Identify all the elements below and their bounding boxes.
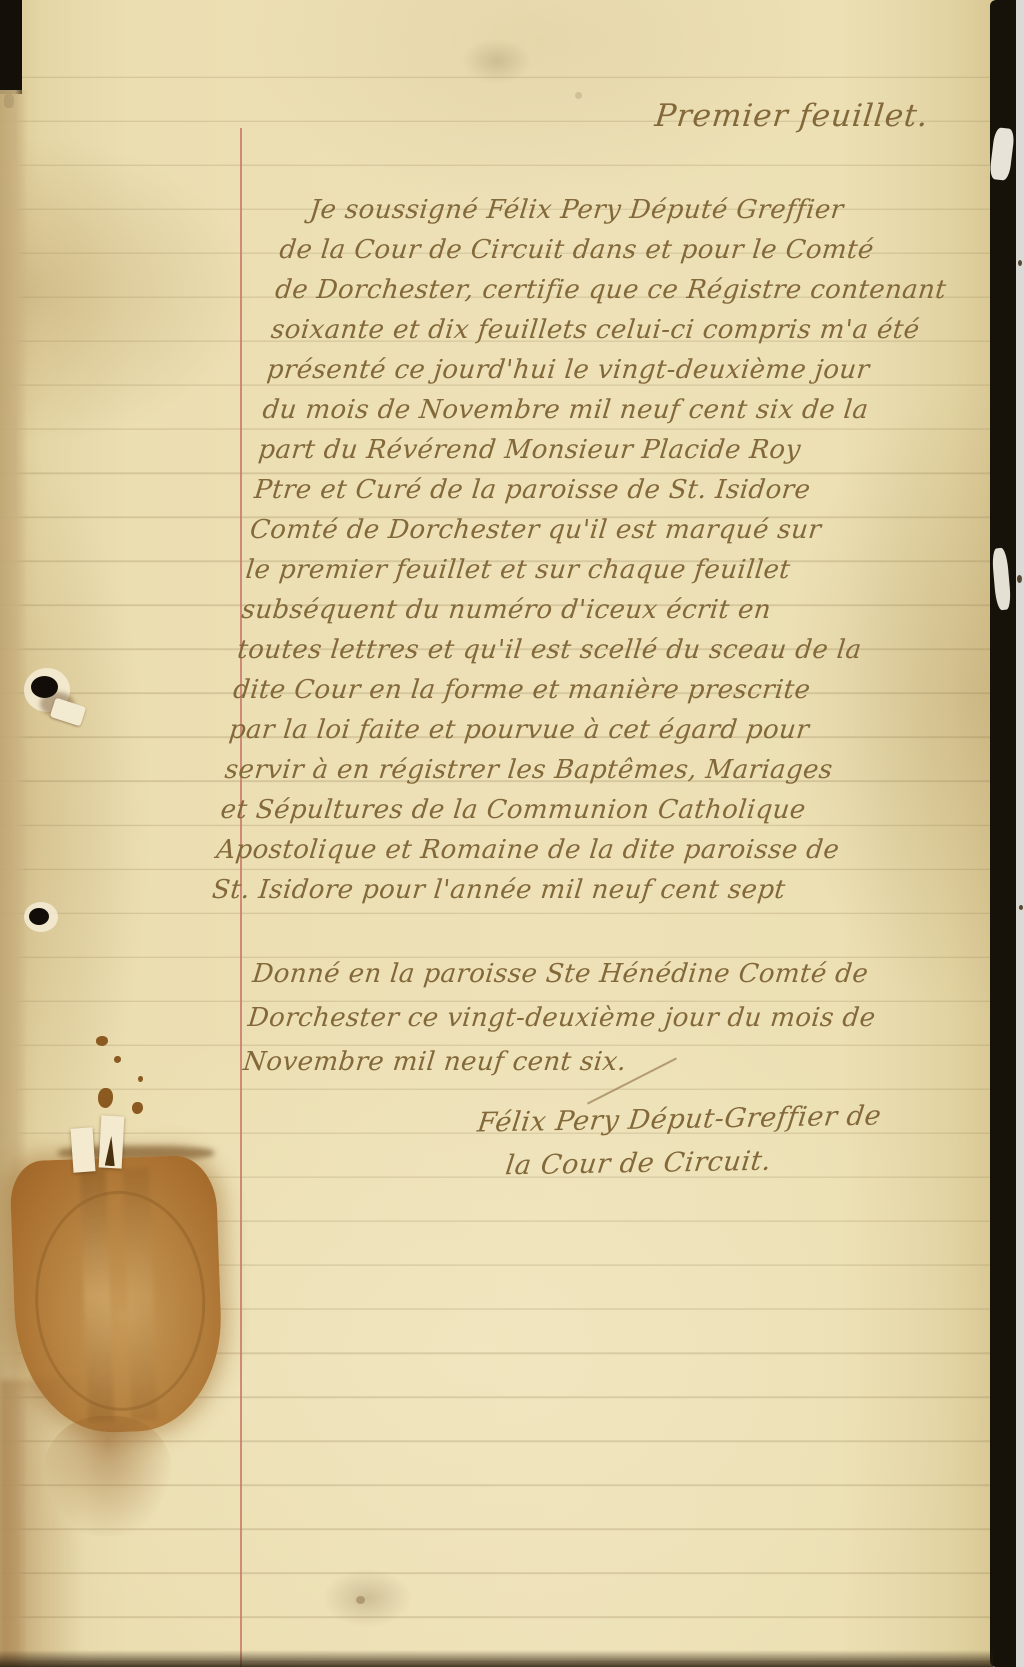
bottom-shadow-edge	[0, 1650, 993, 1667]
closing-line: Dorchester ce vingt-deuxième jour du moi…	[246, 996, 878, 1040]
paper-tab-ink-mark	[105, 1136, 117, 1166]
body-line: de la Cour de Circuit dans et pour le Co…	[277, 230, 952, 270]
body-line: par la loi faite et pourvue à cet égard …	[227, 710, 902, 750]
body-line: et Sépultures de la Communion Catholique	[219, 790, 894, 830]
body-line: soixante et dix feuillets celui-ci compr…	[269, 310, 944, 350]
scan-speck	[1019, 905, 1023, 910]
body-line: Ptre et Curé de la paroisse de St. Isido…	[252, 470, 927, 510]
paper-tab	[70, 1127, 95, 1172]
hole-punch-bottom	[29, 908, 49, 925]
body-line: le premier feuillet et sur chaque feuill…	[244, 550, 919, 590]
body-line: Apostolique et Romaine de la dite parois…	[214, 830, 889, 870]
faint-spot	[356, 1596, 365, 1604]
scan-speck	[1018, 260, 1022, 266]
body-line: du mois de Novembre mil neuf cent six de…	[261, 390, 936, 430]
closing-line: Donné en la paroisse Ste Hénédine Comté …	[250, 952, 882, 996]
closing-line: Novembre mil neuf cent six.	[241, 1040, 873, 1084]
hole-punch-top	[31, 676, 58, 698]
faint-smudge-top	[462, 38, 532, 84]
body-line: présenté ce jourd'hui le vingt-deuxième …	[265, 350, 940, 390]
book-binding-edge	[990, 0, 1018, 1667]
body-line: de Dorchester, certifie que ce Régistre …	[273, 270, 948, 310]
signature-line: la Cour de Circuit.	[504, 1146, 774, 1182]
black-corner-top-left	[0, 0, 22, 94]
page-label: Premier feuillet.	[653, 98, 930, 134]
paper-tab	[99, 1115, 125, 1168]
body-line: part du Révérend Monsieur Placide Roy	[256, 430, 931, 470]
body-line: Je soussigné Félix Pery Député Greffier	[282, 190, 957, 230]
body-line: servir à en régistrer les Baptêmes, Mari…	[223, 750, 898, 790]
body-line: St. Isidore pour l'année mil neuf cent s…	[210, 870, 885, 910]
scanner-background	[1016, 0, 1024, 1667]
scan-speck	[1017, 575, 1022, 583]
body-line: subséquent du numéro d'iceux écrit en	[240, 590, 915, 630]
scanned-document: Premier feuillet. Je soussigné Félix Per…	[0, 0, 1024, 1667]
closing-paragraph: Donné en la paroisse Ste Hénédine Comté …	[241, 952, 882, 1084]
body-line: toutes lettres et qu'il est scellé du sc…	[235, 630, 910, 670]
body-line: Comté de Dorchester qu'il est marqué sur	[248, 510, 923, 550]
faint-spot	[575, 92, 582, 99]
body-paragraph: Je soussigné Félix Pery Député Greffier …	[210, 190, 956, 910]
stain-smear-left	[0, 1380, 92, 1667]
faint-smudge-bottom	[322, 1568, 412, 1628]
body-line: dite Cour en la forme et manière prescri…	[231, 670, 906, 710]
